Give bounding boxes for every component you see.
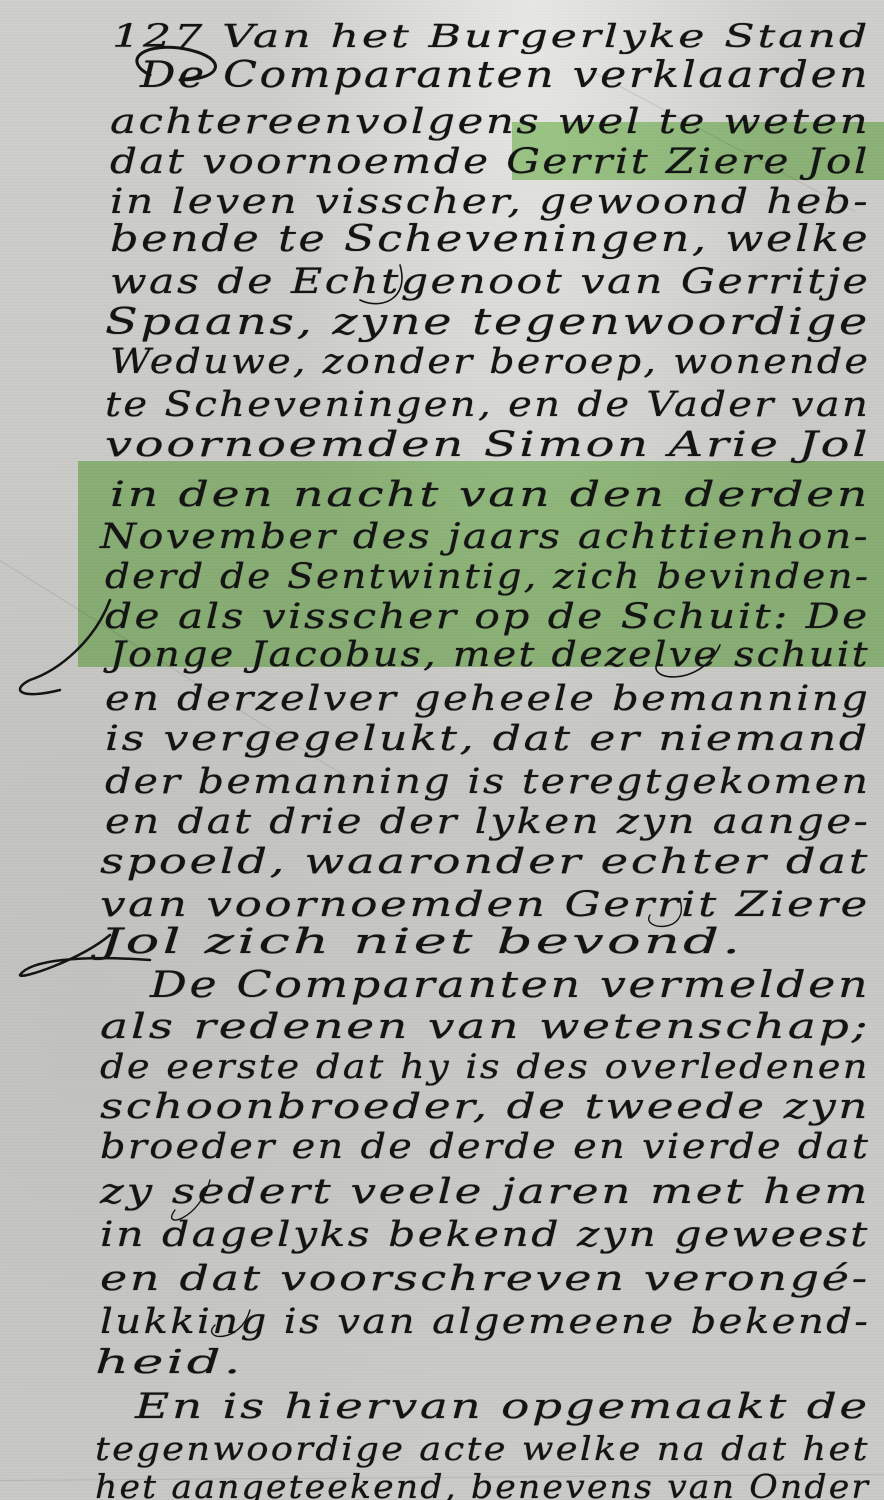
handwritten-line: was de Echtgenoot van Gerritje: [110, 265, 870, 300]
handwritten-line: bende te Scheveningen, welke: [110, 222, 870, 258]
handwritten-line: als redenen van wetenschap;: [100, 1010, 870, 1045]
handwritten-line: De Comparanten verklaarden: [140, 58, 870, 94]
handwritten-line: De Comparanten vermelden: [150, 968, 870, 1004]
handwritten-line: En is hiervan opgemaakt de: [135, 1390, 870, 1425]
handwritten-line: schoonbroeder, de tweede zyn: [100, 1090, 870, 1125]
handwritten-line: derd de Sentwintig, zich bevinden-: [105, 560, 870, 595]
handwritten-line: achtereenvolgens wel te weten: [110, 105, 870, 140]
handwritten-line: van voornoemden Gerrit Ziere: [100, 888, 870, 923]
handwritten-line: de eerste dat hy is des overledenen: [100, 1050, 870, 1084]
handwritten-line: 127 Van het Burgerlyke Stand: [112, 20, 870, 52]
handwritten-line: Jol zich niet bevond.: [100, 925, 743, 960]
handwritten-line: in leven visscher, gewoond heb-: [110, 185, 870, 220]
handwritten-line: heid.: [95, 1345, 244, 1378]
handwritten-line: de als visscher op de Schuit: De: [105, 600, 870, 635]
handwritten-line: voornoemden Simon Arie Jol: [105, 428, 870, 463]
handwritten-line: in den nacht van den derden: [110, 478, 870, 513]
handwritten-line: is vergegelukt, dat er niemand: [105, 722, 870, 757]
handwritten-line: Spaans, zyne tegenwoordige: [105, 305, 870, 341]
handwritten-line: lukking is van algemeene bekend-: [100, 1305, 870, 1340]
handwritten-line: Weduwe, zonder beroep, wonende: [110, 345, 870, 380]
handwritten-line: zy sedert veele jaren met hem: [100, 1175, 870, 1210]
handwritten-line: November des jaars achttienhon-: [100, 520, 870, 555]
handwritten-line: Jonge Jacobus, met dezelve schuit: [110, 638, 870, 673]
handwritten-line: der bemanning is teregtgekomen: [105, 765, 870, 800]
handwritten-line: dat voornoemde Gerrit Ziere Jol: [110, 145, 870, 180]
handwritten-line: tegenwoordige acte welke na dat het: [95, 1432, 870, 1465]
handwritten-line: broeder en de derde en vierde dat: [100, 1130, 870, 1165]
handwritten-line: in dagelyks bekend zyn geweest: [100, 1218, 870, 1253]
handwritten-line: spoeld, waaronder echter dat: [100, 845, 870, 880]
handwritten-line: en dat voorschreven verongé-: [100, 1262, 870, 1297]
handwritten-line: te Scheveningen, en de Vader van: [105, 388, 870, 423]
handwritten-line: en dat drie der lyken zyn aange-: [105, 805, 870, 840]
handwritten-line: het aangeteekend, benevens van Onder: [95, 1470, 870, 1500]
handwritten-line: en derzelver geheele bemanning: [105, 682, 870, 717]
